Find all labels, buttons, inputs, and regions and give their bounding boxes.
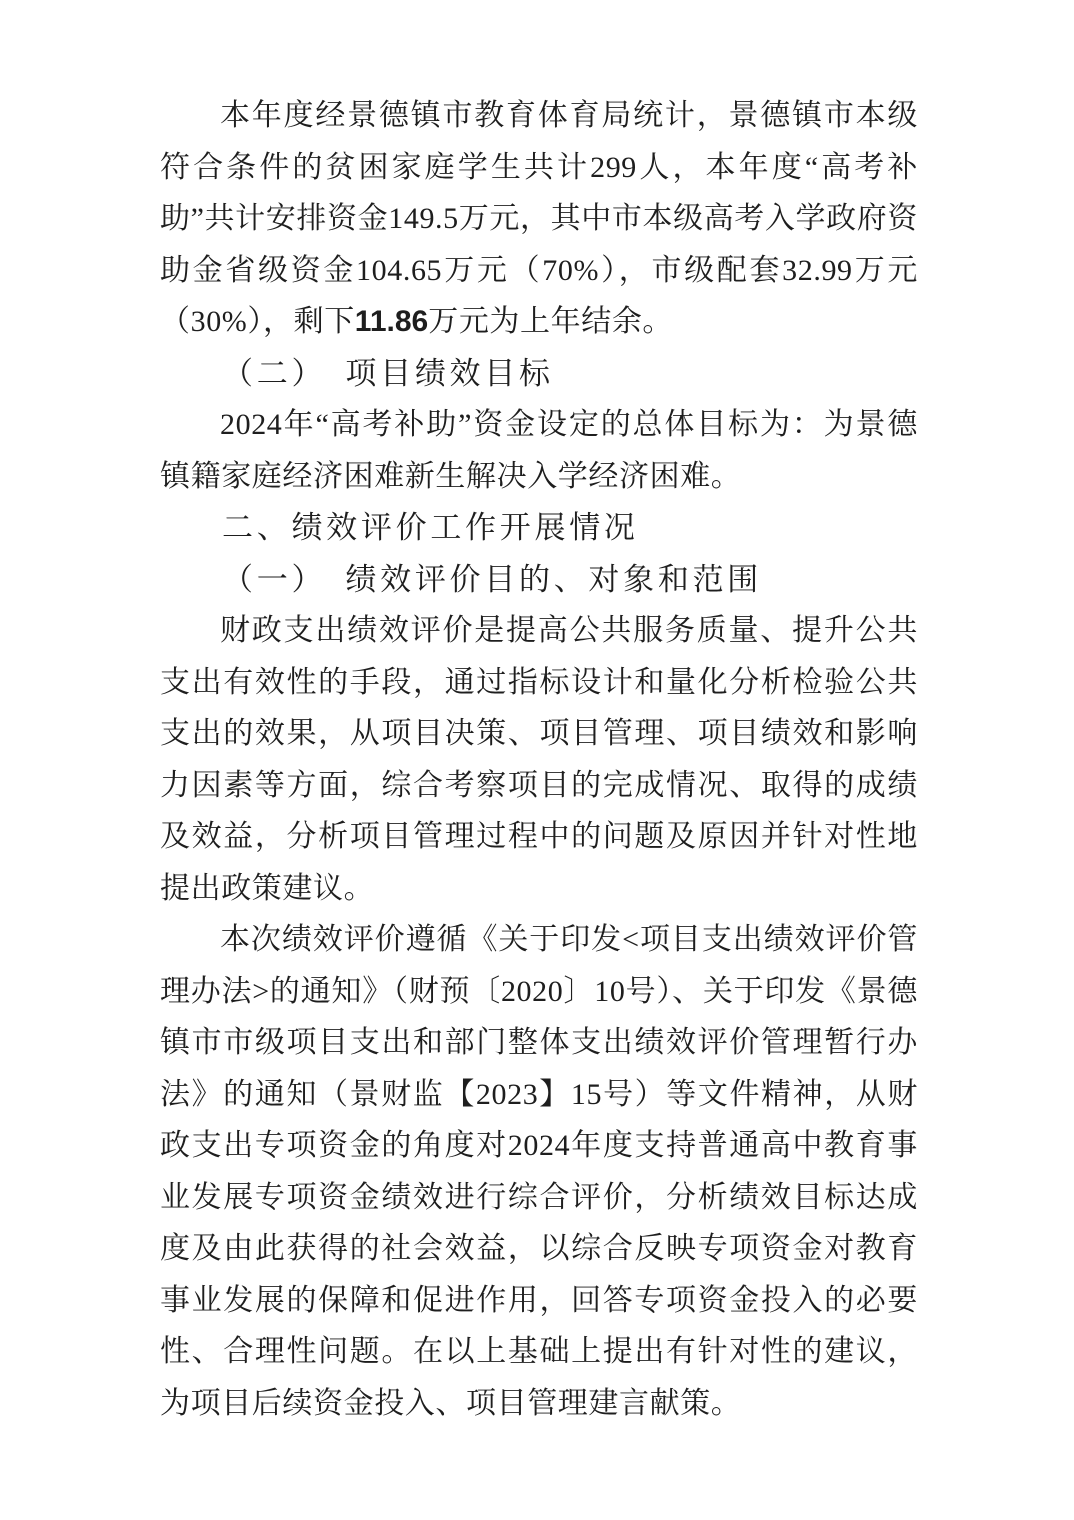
paragraph-annual-funding-overview: 本年度经景德镇市教育体育局统计，景德镇市本级符合条件的贫困家庭学生共计299人，…: [160, 90, 918, 348]
carryover-amount-value: 11.86: [355, 305, 428, 338]
heading-project-performance-goal: （二） 项目绩效目标: [160, 348, 918, 400]
paragraph-performance-goal-2024: 2024年“高考补助”资金设定的总体目标为：为景德镇籍家庭经济困难新生解决入学经…: [160, 399, 918, 502]
heading-evaluation-work-progress: 二、绩效评价工作开展情况: [160, 502, 918, 554]
funding-overview-text-end: 万元为上年结余。: [428, 305, 673, 338]
paragraph-evaluation-definition: 财政支出绩效评价是提高公共服务质量、提升公共支出有效性的手段，通过指标设计和量化…: [160, 605, 918, 914]
heading-evaluation-purpose-scope: （一） 绩效评价目的、对象和范围: [160, 554, 918, 606]
paragraph-evaluation-basis: 本次绩效评价遵循《关于印发<项目支出绩效评价管理办法>的通知》（财预〔2020〕…: [160, 914, 918, 1429]
funding-overview-text-start: 本年度经景德镇市教育体育局统计，景德镇市本级符合条件的贫困家庭学生共计299人，…: [160, 99, 918, 338]
document-page: 本年度经景德镇市教育体育局统计，景德镇市本级符合条件的贫困家庭学生共计299人，…: [0, 0, 1074, 1520]
